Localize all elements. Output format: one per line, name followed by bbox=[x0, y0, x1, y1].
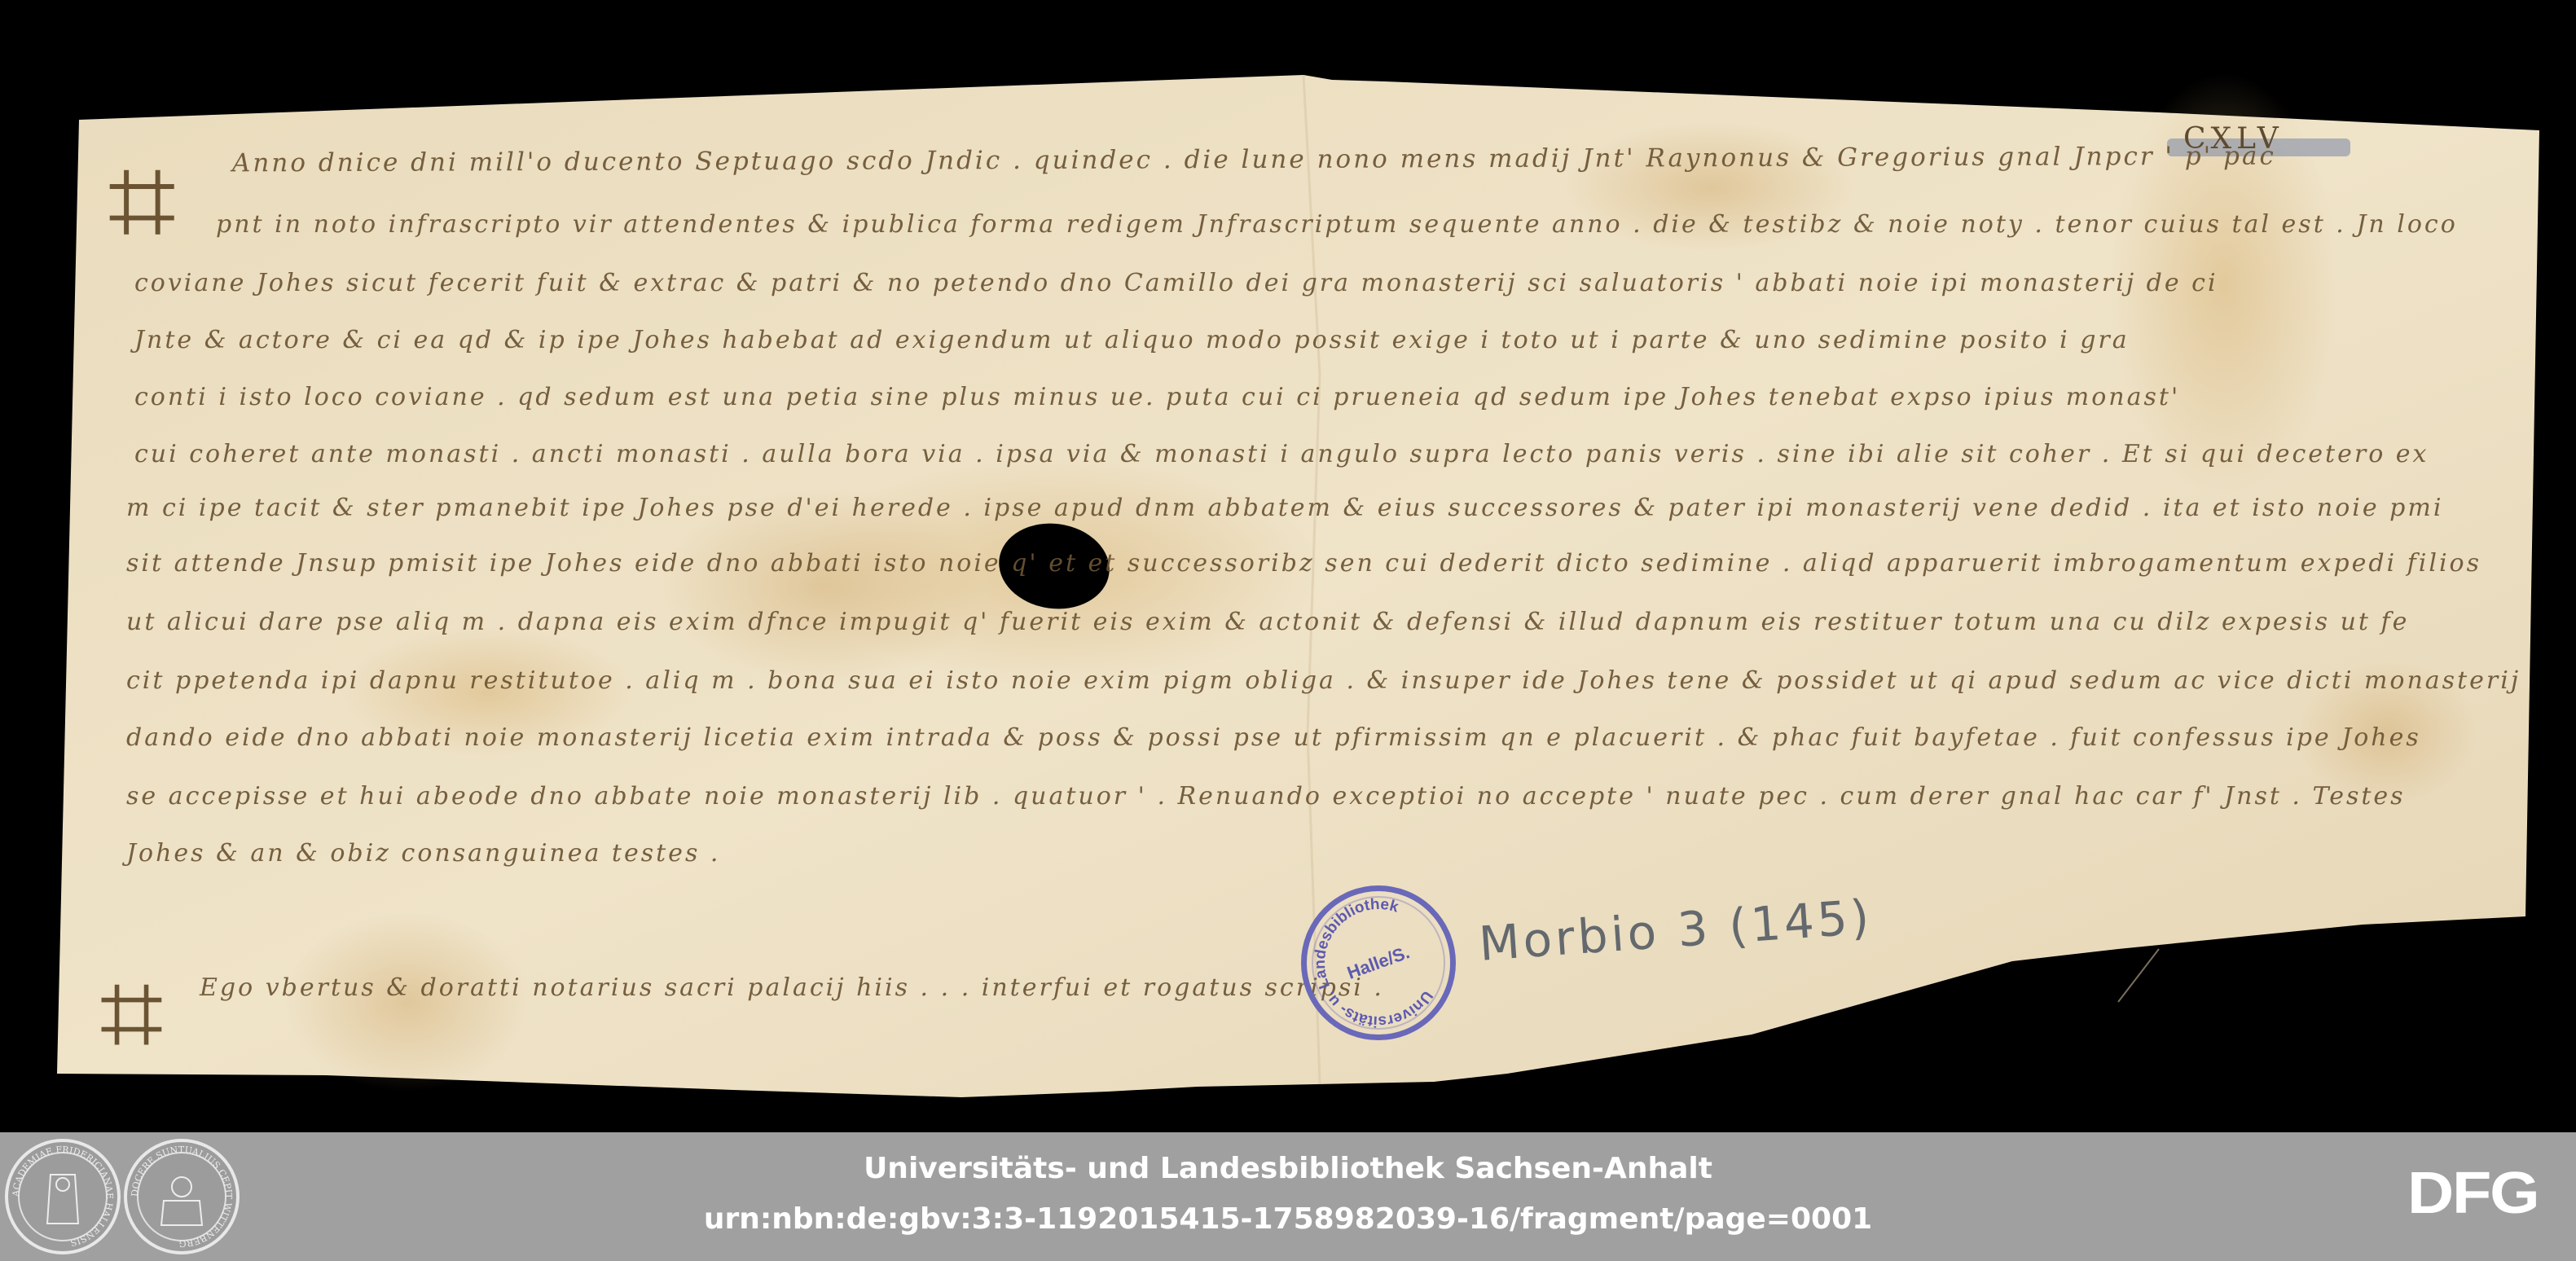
institution-name: Universitäts- und Landesbibliothek Sachs… bbox=[0, 1152, 2576, 1185]
charter-line: se accepisse et hui abeode dno abbate no… bbox=[126, 782, 2406, 811]
charter-line: coviane Johes sicut fecerit fuit & extra… bbox=[134, 269, 2218, 297]
charter-line: pnt in noto infrascripto vir attendentes… bbox=[216, 210, 2458, 239]
charter-line: Johes & an & obiz consanguinea testes . bbox=[126, 839, 720, 868]
charter-line: cui coheret ante monasti . ancti monasti… bbox=[134, 440, 2429, 468]
urn-identifier[interactable]: urn:nbn:de:gbv:3:3-1192015415-1758982039… bbox=[0, 1202, 2576, 1236]
charter-line: dando eide dno abbati noie monasterij li… bbox=[126, 723, 2421, 752]
notary-subscription: Ego vbertus & doratti notarius sacri pal… bbox=[200, 973, 1384, 1002]
dfg-logo: DFG bbox=[2407, 1160, 2539, 1227]
footer-bar: ACADEMIAE FRIDERICIANAE HALLENSIS DOCERE… bbox=[0, 1132, 2576, 1261]
notary-signum-top: ⌗ bbox=[108, 140, 176, 262]
charter-line: ut alicui dare pse aliq m . dapna eis ex… bbox=[126, 608, 2409, 636]
image-viewer[interactable]: ⌗ ⌗ CXLV Anno dnice dni mill'o ducento S… bbox=[0, 0, 2576, 1132]
charter-line: m ci ipe tacit & ster pmanebit ipe Johes… bbox=[126, 494, 2443, 522]
library-stamp: Universitäts- u. Landesbibliothek Halle/… bbox=[1301, 885, 1456, 1040]
charter-line: cit ppetenda ipi dapnu restitutoe . aliq… bbox=[126, 666, 2521, 695]
charter-line: conti i isto loco coviane . qd sedum est… bbox=[134, 383, 2180, 411]
charter-line: Jnte & actore & ci ea qd & ip ipe Johes … bbox=[134, 326, 2130, 354]
charter-line: sit attende Jnsup pmisit ipe Johes eide … bbox=[126, 549, 2481, 578]
notary-signum-bottom: ⌗ bbox=[99, 957, 164, 1071]
